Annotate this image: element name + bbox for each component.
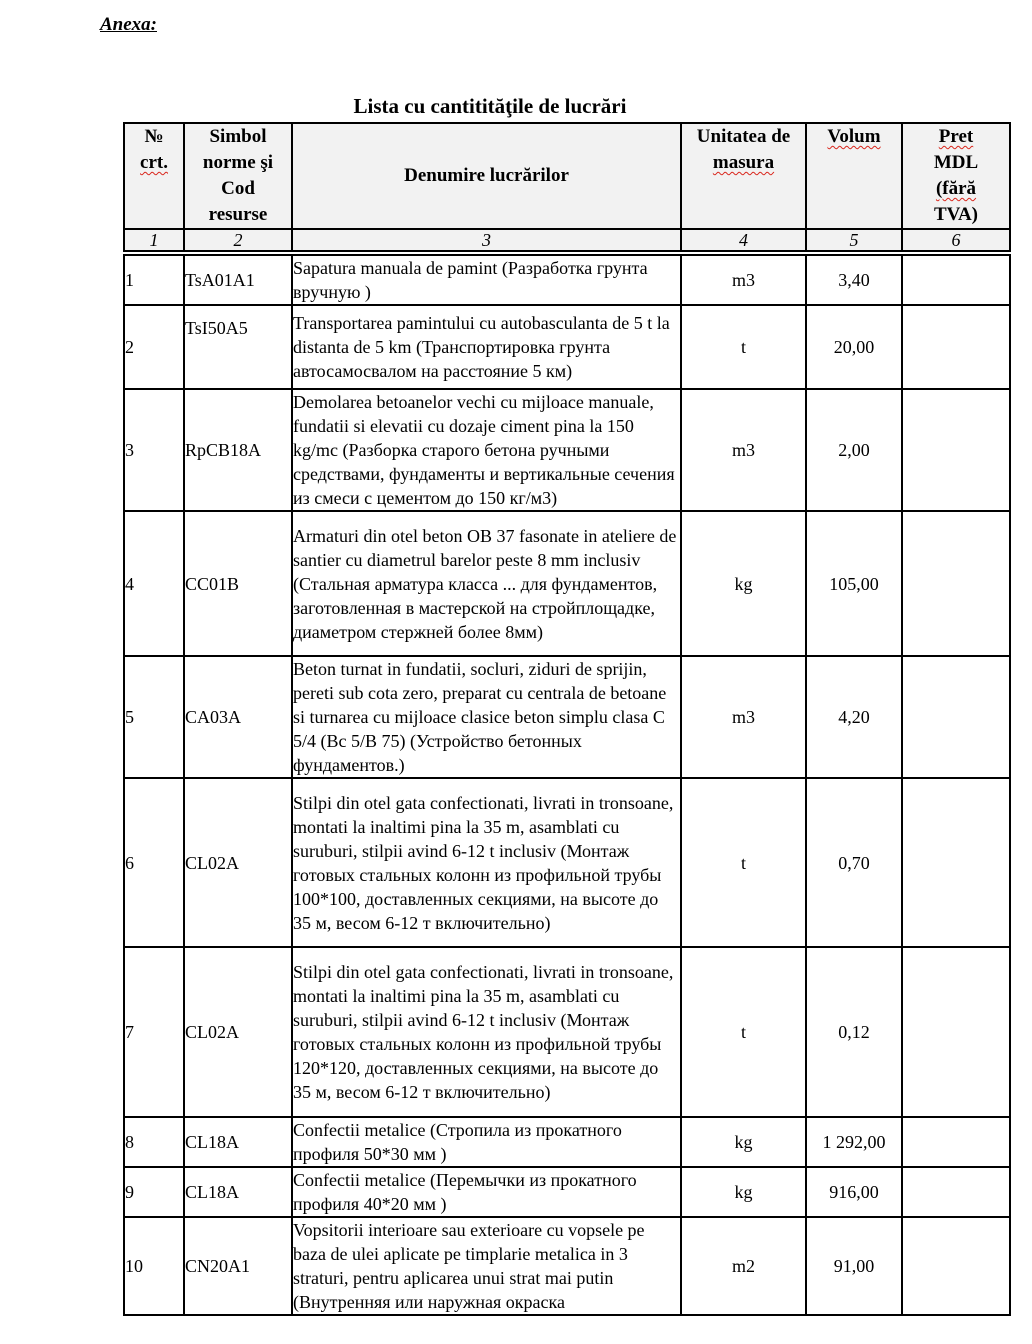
unit-of-measure: m2: [681, 1217, 806, 1315]
header-pret-line: Pret: [939, 126, 973, 147]
header-unitatea: Unitatea de masura: [681, 123, 806, 229]
unit-of-measure: m3: [681, 389, 806, 511]
header-simbol-line: norme şi: [203, 152, 273, 173]
resource-code: TsA01A1: [184, 253, 292, 305]
header-simbol-line: Cod: [221, 178, 255, 199]
table-row: 10CN20A1Vopsitorii interioare sau exteri…: [124, 1217, 1010, 1315]
header-nr-line: crt.: [140, 152, 168, 173]
work-description: Sapatura manuala de pamint (Разработка г…: [292, 253, 681, 305]
header-volum: Volum: [806, 123, 902, 229]
header-nr: № crt.: [124, 123, 184, 229]
row-number: 9: [124, 1167, 184, 1217]
row-number: 3: [124, 389, 184, 511]
price-cell: [902, 778, 1010, 947]
document-title: Lista cu cantitităţile de lucrări: [0, 94, 980, 119]
column-index: 6: [902, 229, 1010, 253]
table-row: 6CL02AStilpi din otel gata confectionati…: [124, 778, 1010, 947]
unit-of-measure: t: [681, 305, 806, 389]
price-cell: [902, 253, 1010, 305]
header-nr-line: №: [144, 126, 163, 147]
table-row: 5CA03ABeton turnat in fundatii, socluri,…: [124, 656, 1010, 778]
header-simbol: Simbol norme şi Cod resurse: [184, 123, 292, 229]
row-number: 7: [124, 947, 184, 1117]
column-index: 5: [806, 229, 902, 253]
work-description: Confectii metalice (Стропила из прокатно…: [292, 1117, 681, 1167]
table-body: 1TsA01A1Sapatura manuala de pamint (Разр…: [124, 253, 1010, 1315]
annex-label: Anexa:: [100, 14, 157, 36]
volume-value: 0,70: [806, 778, 902, 947]
table-header-row: № crt. Simbol norme şi Cod resurse Denum…: [124, 123, 1010, 229]
work-description: Stilpi din otel gata confectionati, livr…: [292, 778, 681, 947]
resource-code: CL02A: [184, 778, 292, 947]
header-pret-line: (fără: [936, 178, 976, 199]
resource-code: CA03A: [184, 656, 292, 778]
table-row: 4CC01BArmaturi din otel beton OB 37 faso…: [124, 511, 1010, 656]
price-cell: [902, 511, 1010, 656]
header-unitatea-line: masura: [713, 152, 774, 173]
unit-of-measure: m3: [681, 253, 806, 305]
table-row: 8CL18AConfectii metalice (Стропила из пр…: [124, 1117, 1010, 1167]
header-volum-text: Volum: [827, 126, 880, 147]
column-index: 3: [292, 229, 681, 253]
row-number: 2: [124, 305, 184, 389]
price-cell: [902, 1117, 1010, 1167]
volume-value: 4,20: [806, 656, 902, 778]
resource-code: CL02A: [184, 947, 292, 1117]
price-cell: [902, 1217, 1010, 1315]
unit-of-measure: t: [681, 778, 806, 947]
price-cell: [902, 389, 1010, 511]
work-description: Beton turnat in fundatii, socluri, zidur…: [292, 656, 681, 778]
price-cell: [902, 656, 1010, 778]
unit-of-measure: m3: [681, 656, 806, 778]
resource-code: CN20A1: [184, 1217, 292, 1315]
header-simbol-line: Simbol: [209, 126, 266, 147]
work-description: Armaturi din otel beton OB 37 fasonate i…: [292, 511, 681, 656]
table-row: 3RpCB18ADemolarea betoanelor vechi cu mi…: [124, 389, 1010, 511]
resource-code: RpCB18A: [184, 389, 292, 511]
header-pret: Pret MDL (fără TVA): [902, 123, 1010, 229]
work-description: Vopsitorii interioare sau exterioare cu …: [292, 1217, 681, 1315]
volume-value: 0,12: [806, 947, 902, 1117]
row-number: 6: [124, 778, 184, 947]
resource-code: CC01B: [184, 511, 292, 656]
header-pret-line: TVA): [934, 204, 978, 225]
price-cell: [902, 947, 1010, 1117]
row-number: 5: [124, 656, 184, 778]
table-row: 1TsA01A1Sapatura manuala de pamint (Разр…: [124, 253, 1010, 305]
unit-of-measure: t: [681, 947, 806, 1117]
column-index: 4: [681, 229, 806, 253]
volume-value: 916,00: [806, 1167, 902, 1217]
volume-value: 1 292,00: [806, 1117, 902, 1167]
row-number: 10: [124, 1217, 184, 1315]
resource-code: TsI50A5: [184, 305, 292, 389]
row-number: 4: [124, 511, 184, 656]
price-cell: [902, 1167, 1010, 1217]
header-pret-line: MDL: [934, 152, 978, 173]
header-denumire: Denumire lucrărilor: [292, 123, 681, 229]
column-index-row: 1 2 3 4 5 6: [124, 229, 1010, 253]
header-simbol-line: resurse: [209, 204, 268, 225]
price-cell: [902, 305, 1010, 389]
table-row: 7CL02AStilpi din otel gata confectionati…: [124, 947, 1010, 1117]
work-description: Transportarea pamintului cu autobasculan…: [292, 305, 681, 389]
row-number: 1: [124, 253, 184, 305]
column-index: 1: [124, 229, 184, 253]
work-description: Stilpi din otel gata confectionati, livr…: [292, 947, 681, 1117]
works-quantity-table: № crt. Simbol norme şi Cod resurse Denum…: [123, 122, 1011, 1316]
unit-of-measure: kg: [681, 1117, 806, 1167]
header-unitatea-line: Unitatea de: [697, 126, 790, 147]
volume-value: 20,00: [806, 305, 902, 389]
volume-value: 3,40: [806, 253, 902, 305]
volume-value: 91,00: [806, 1217, 902, 1315]
work-description: Demolarea betoanelor vechi cu mijloace m…: [292, 389, 681, 511]
table-row: 2TsI50A5Transportarea pamintului cu auto…: [124, 305, 1010, 389]
unit-of-measure: kg: [681, 511, 806, 656]
table-row: 9CL18AConfectii metalice (Перемычки из п…: [124, 1167, 1010, 1217]
resource-code: CL18A: [184, 1167, 292, 1217]
volume-value: 2,00: [806, 389, 902, 511]
work-description: Confectii metalice (Перемычки из прокатн…: [292, 1167, 681, 1217]
column-index: 2: [184, 229, 292, 253]
row-number: 8: [124, 1117, 184, 1167]
resource-code: CL18A: [184, 1117, 292, 1167]
volume-value: 105,00: [806, 511, 902, 656]
unit-of-measure: kg: [681, 1167, 806, 1217]
